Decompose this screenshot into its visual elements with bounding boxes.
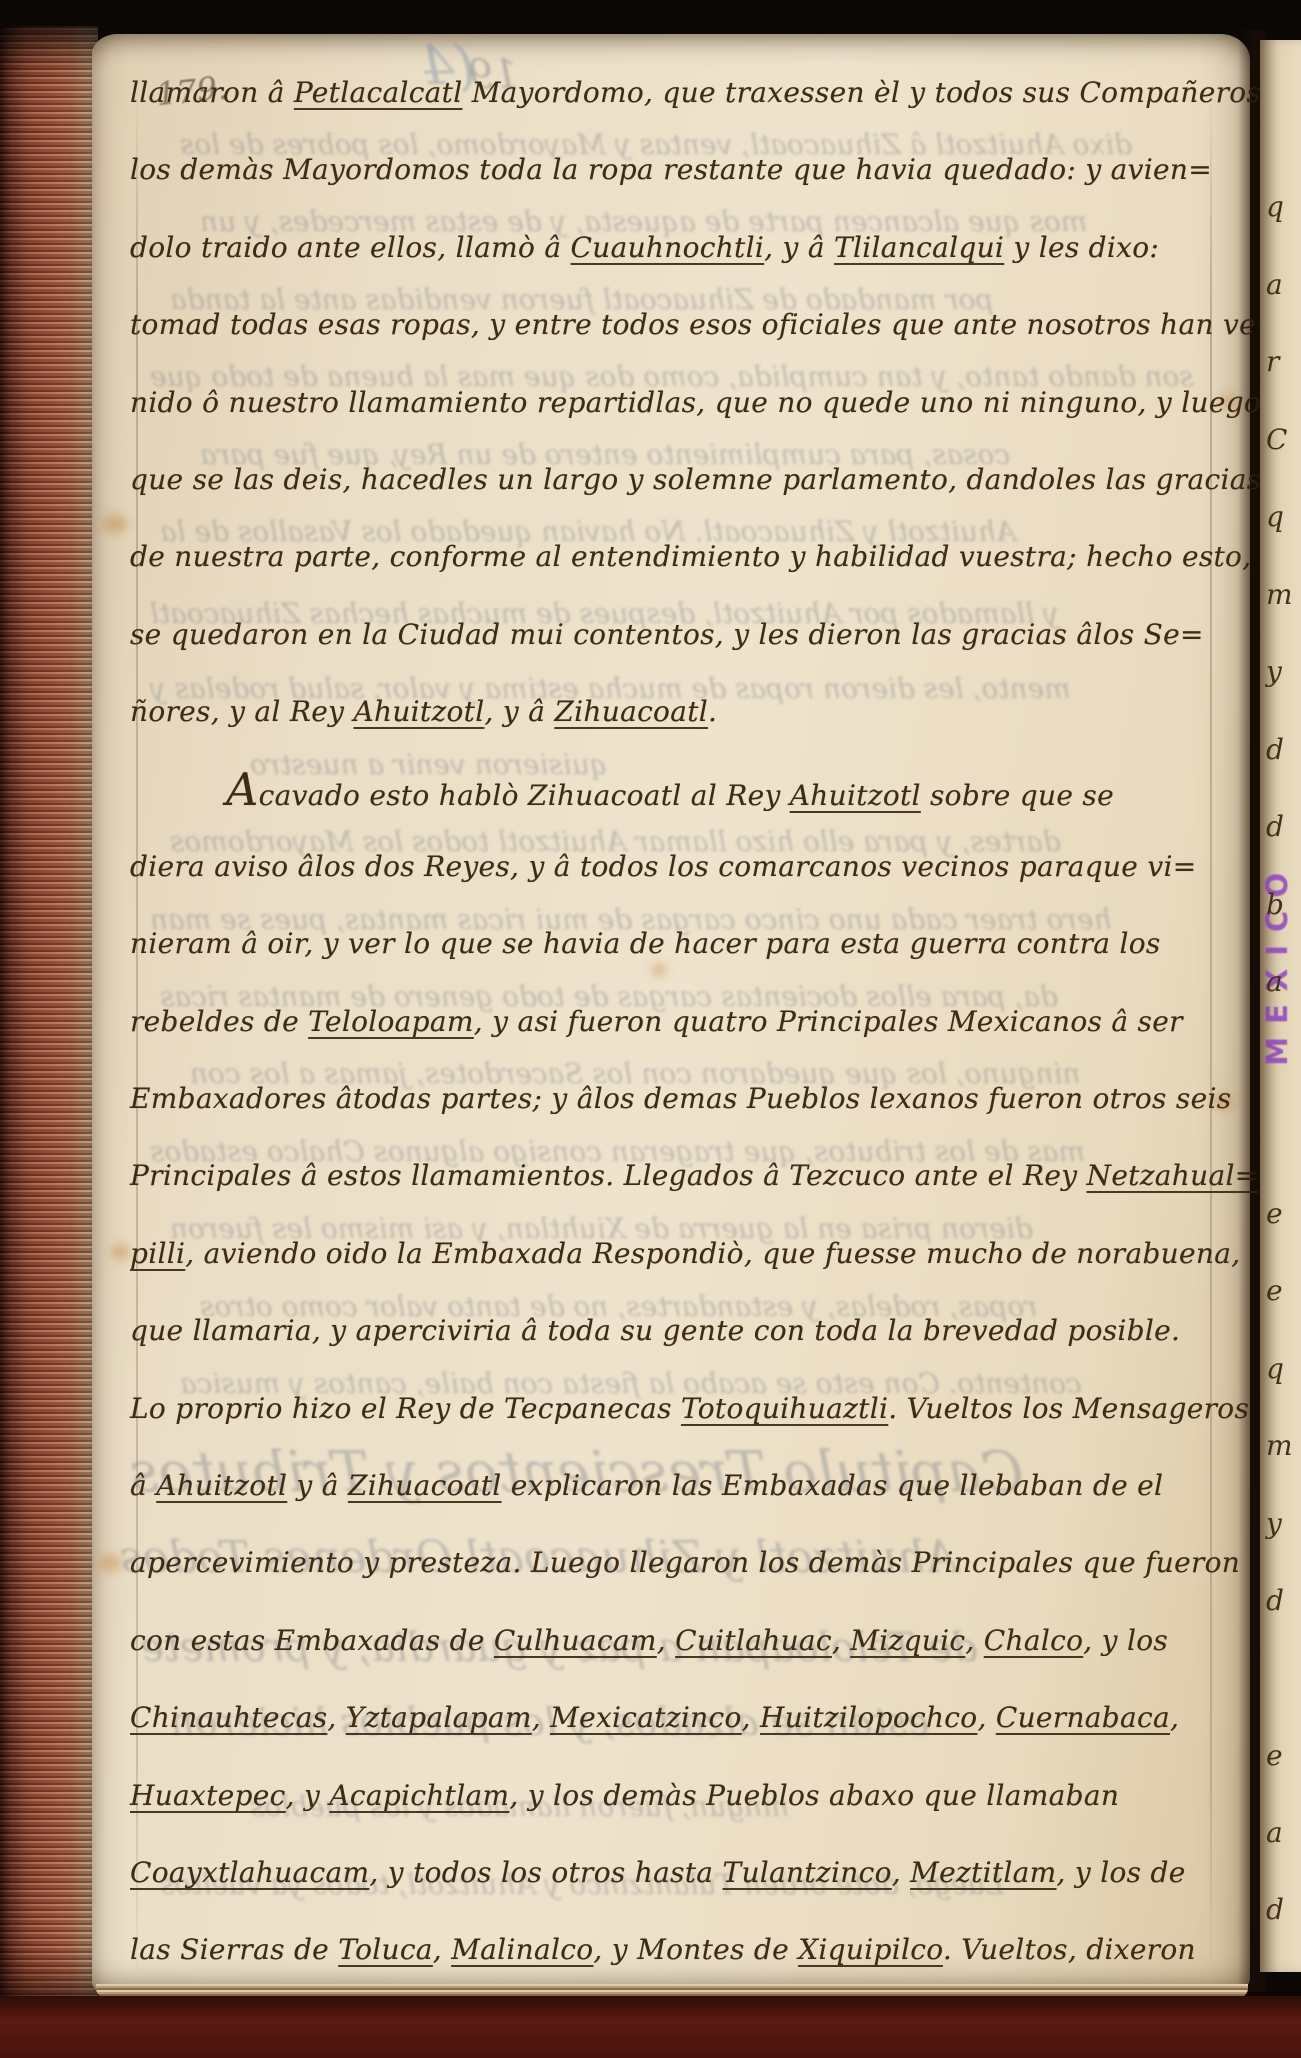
facing-page-partial-letter: q xyxy=(1266,1352,1284,1385)
facing-page-partial-letter: b xyxy=(1266,888,1284,921)
underlined-proper-noun: Cuauhnochtli xyxy=(571,231,765,264)
underlined-proper-noun: Ahuitzotl xyxy=(353,695,484,728)
underlined-proper-noun: Ahuitzotl xyxy=(790,779,921,812)
underlined-proper-noun: Cuitlahuac xyxy=(675,1624,832,1657)
line-text: , y â xyxy=(764,231,834,264)
line-text: sobre que se xyxy=(921,779,1114,812)
underlined-proper-noun: Ahuitzotl xyxy=(156,1469,287,1502)
underlined-proper-noun: Toluca xyxy=(338,1933,433,1966)
line-text: , y â xyxy=(484,695,554,728)
underlined-proper-noun: Huitzilopochco xyxy=(760,1701,977,1734)
line-text: , aviendo oido la Embaxada Respondiò, qu… xyxy=(185,1237,1240,1270)
line-text: diera aviso âlos dos Reyes, y â todos lo… xyxy=(130,850,1196,883)
facing-page-partial-letter: C xyxy=(1266,423,1287,456)
underlined-proper-noun: Zihuacoatl xyxy=(554,695,708,728)
underlined-proper-noun: Zihuacoatl xyxy=(348,1469,502,1502)
underlined-proper-noun: Xiquipilco xyxy=(798,1933,943,1966)
line-text: nieram â oir, y ver lo que se havia de h… xyxy=(130,927,1161,960)
facing-page-partial-letter: m xyxy=(1266,1429,1293,1462)
manuscript-line: pilli, aviendo oido la Embaxada Respondi… xyxy=(130,1215,1242,1292)
manuscript-line: dolo traido ante ellos, llamò â Cuauhnoc… xyxy=(130,209,1242,286)
manuscript-line: Acavado esto hablò Zihuacoatl al Rey Ahu… xyxy=(130,751,1242,828)
line-text: , y Montes de xyxy=(593,1933,798,1966)
line-text: que se las deis, hacedles un largo y sol… xyxy=(130,463,1261,496)
manuscript-line: nido ô nuestro llamamiento repartidlas, … xyxy=(130,364,1242,441)
line-text: , y xyxy=(286,1779,330,1812)
line-text: con estas Embaxadas de xyxy=(130,1624,494,1657)
manuscript-line: Lo proprio hizo el Rey de Tecpanecas Tot… xyxy=(130,1370,1242,1447)
manuscript-line: Embaxadores âtodas partes; y âlos demas … xyxy=(130,1060,1242,1137)
underlined-proper-noun: Meztitlam xyxy=(910,1856,1056,1889)
manuscript-line: los demàs Mayordomos toda la ropa restan… xyxy=(130,131,1242,208)
line-text: y â xyxy=(287,1469,348,1502)
line-text: dolo traido ante ellos, llamò â xyxy=(130,231,571,264)
underlined-proper-noun: Acapichtlam xyxy=(329,1779,509,1812)
line-text: nido ô nuestro llamamiento repartidlas, … xyxy=(130,386,1261,419)
manuscript-line: tomad todas esas ropas, y entre todos es… xyxy=(130,286,1242,363)
line-text: , xyxy=(977,1701,995,1734)
line-text: de nuestra parte, conforme al entendimie… xyxy=(130,540,1251,573)
foxing-spot xyxy=(98,1554,122,1572)
facing-page-partial-letter: y xyxy=(1266,655,1282,688)
underlined-proper-noun: Huaxtepec xyxy=(130,1779,286,1812)
facing-page-partial-letter: m xyxy=(1266,578,1293,611)
underlined-proper-noun: Teloloapam xyxy=(308,1005,474,1038)
line-text: , y asi fueron quatro Principales Mexica… xyxy=(474,1005,1183,1038)
line-text: explicaron las Embaxadas que llebaban de… xyxy=(502,1469,1164,1502)
line-text: , xyxy=(742,1701,760,1734)
line-text: Mayordomo, que traxessen èl y todos sus … xyxy=(463,76,1262,109)
manuscript-scan: 179. (419dixo Ahuitzotl â Zihuacoatl, ve… xyxy=(0,0,1301,2058)
manuscript-line: apercevimiento y presteza. Luego llegaro… xyxy=(130,1524,1242,1601)
line-text: Embaxadores âtodas partes; y âlos demas … xyxy=(130,1082,1231,1115)
manuscript-line: rebeldes de Teloloapam, y asi fueron qua… xyxy=(130,983,1242,1060)
underlined-proper-noun: Tlilancalqui xyxy=(834,231,1004,264)
line-text: llamaron â xyxy=(130,76,294,109)
facing-page-edge: MEXICO qarCqmyddbaeeqmydead xyxy=(1260,40,1301,1972)
manuscript-line: de nuestra parte, conforme al entendimie… xyxy=(130,518,1242,595)
facing-page-partial-letter: r xyxy=(1266,345,1279,378)
manuscript-line: Coayxtlahuacam, y todos los otros hasta … xyxy=(130,1834,1242,1911)
facing-page-partial-letter: d xyxy=(1266,810,1284,843)
manuscript-line: â Ahuitzotl y â Zihuacoatl explicaron la… xyxy=(130,1447,1242,1524)
facing-page-partial-letter: e xyxy=(1266,1274,1283,1307)
line-text: , xyxy=(965,1624,983,1657)
underlined-proper-noun: Mizquic xyxy=(850,1624,965,1657)
line-text: , y los xyxy=(1083,1624,1168,1657)
line-text: , xyxy=(532,1701,550,1734)
line-text: que llamaria, y aperciviria â toda su ge… xyxy=(130,1314,1180,1347)
manuscript-line: las Sierras de Toluca, Malinalco, y Mont… xyxy=(130,1911,1242,1988)
facing-page-partial-letter: e xyxy=(1266,1197,1283,1230)
facing-page-partial-letter: a xyxy=(1266,268,1283,301)
facing-page-partial-letter: a xyxy=(1266,965,1283,998)
line-text: , y los demàs Pueblos abaxo que llamaban xyxy=(509,1779,1119,1812)
line-text: , xyxy=(832,1624,850,1657)
facing-page-partial-letter: a xyxy=(1266,1816,1283,1849)
manuscript-line: se quedaron en la Ciudad mui contentos, … xyxy=(130,596,1242,673)
line-text: tomad todas esas ropas, y entre todos es… xyxy=(130,308,1280,341)
line-text: . xyxy=(708,695,717,728)
manuscript-line: llamaron â Petlacalcatl Mayordomo, que t… xyxy=(130,54,1242,131)
manuscript-line: Chinauhtecas, Yztapalapam, Mexicatzinco,… xyxy=(130,1679,1242,1756)
facing-page-partial-letter: d xyxy=(1266,733,1284,766)
line-text: , xyxy=(1170,1701,1179,1734)
underlined-proper-noun: Tulantzinco xyxy=(723,1856,892,1889)
manuscript-line: Principales â estos llamamientos. Llegad… xyxy=(130,1137,1242,1214)
line-text: , xyxy=(892,1856,910,1889)
manuscript-line: Huaxtepec, y Acapichtlam, y los demàs Pu… xyxy=(130,1757,1242,1834)
line-text: . Vueltos los Mensageros xyxy=(888,1392,1249,1425)
facing-page-partial-letter: d xyxy=(1266,1893,1284,1926)
underlined-proper-noun: Netzahual= xyxy=(1087,1159,1259,1192)
underlined-proper-noun: Petlacalcatl xyxy=(294,76,463,109)
underlined-proper-noun: Malinalco xyxy=(451,1933,593,1966)
line-text: , xyxy=(433,1933,451,1966)
line-text: y les dixo: xyxy=(1004,231,1159,264)
line-text: , y los de xyxy=(1057,1856,1186,1889)
line-text: los demàs Mayordomos toda la ropa restan… xyxy=(130,153,1212,186)
book-binding-marbled-edge xyxy=(0,26,98,2016)
book-cover-bottom xyxy=(0,1996,1301,2058)
manuscript-text-block: llamaron â Petlacalcatl Mayordomo, que t… xyxy=(130,54,1242,1989)
line-text: Acavado esto hablò Zihuacoatl al Rey xyxy=(226,779,790,812)
underlined-proper-noun: Totoquihuaztli xyxy=(681,1392,888,1425)
line-text: , xyxy=(327,1701,345,1734)
underlined-proper-noun: Chalco xyxy=(984,1624,1083,1657)
underlined-proper-noun: Coayxtlahuacam xyxy=(130,1856,369,1889)
facing-page-partial-letter: q xyxy=(1266,190,1284,223)
line-text: apercevimiento y presteza. Luego llegaro… xyxy=(130,1546,1240,1579)
line-text: Principales â estos llamamientos. Llegad… xyxy=(130,1159,1087,1192)
line-text: rebeldes de xyxy=(130,1005,308,1038)
underlined-proper-noun: Yztapalapam xyxy=(346,1701,532,1734)
line-text: , y todos los otros hasta xyxy=(369,1856,722,1889)
foxing-spot xyxy=(110,1244,130,1260)
line-text: Lo proprio hizo el Rey de Tecpanecas xyxy=(130,1392,681,1425)
manuscript-line: que se las deis, hacedles un largo y sol… xyxy=(130,441,1242,518)
manuscript-line: con estas Embaxadas de Culhuacam, Cuitla… xyxy=(130,1602,1242,1679)
manuscript-line: ñores, y al Rey Ahuitzotl, y â Zihuacoat… xyxy=(130,673,1242,750)
manuscript-line: que llamaria, y aperciviria â toda su ge… xyxy=(130,1292,1242,1369)
line-text: las Sierras de xyxy=(130,1933,338,1966)
line-text: se quedaron en la Ciudad mui contentos, … xyxy=(130,618,1204,651)
underlined-proper-noun: Cuernabaca xyxy=(996,1701,1170,1734)
facing-page-partial-letter: y xyxy=(1266,1507,1282,1540)
facing-page-partial-letter: q xyxy=(1266,500,1284,533)
foxing-spot xyxy=(102,514,128,534)
line-text: . Vueltos, dixeron xyxy=(943,1933,1196,1966)
underlined-proper-noun: Mexicatzinco xyxy=(550,1701,742,1734)
underlined-proper-noun: Chinauhtecas xyxy=(130,1701,327,1734)
line-text: , xyxy=(657,1624,675,1657)
manuscript-line: diera aviso âlos dos Reyes, y â todos lo… xyxy=(130,828,1242,905)
manuscript-line: nieram â oir, y ver lo que se havia de h… xyxy=(130,905,1242,982)
facing-page-partial-letter: e xyxy=(1266,1739,1283,1772)
underlined-proper-noun: pilli xyxy=(130,1237,185,1270)
line-text: â xyxy=(130,1469,156,1502)
facing-page-partial-letter: d xyxy=(1266,1584,1284,1617)
line-text: ñores, y al Rey xyxy=(130,695,353,728)
underlined-proper-noun: Culhuacam xyxy=(494,1624,657,1657)
